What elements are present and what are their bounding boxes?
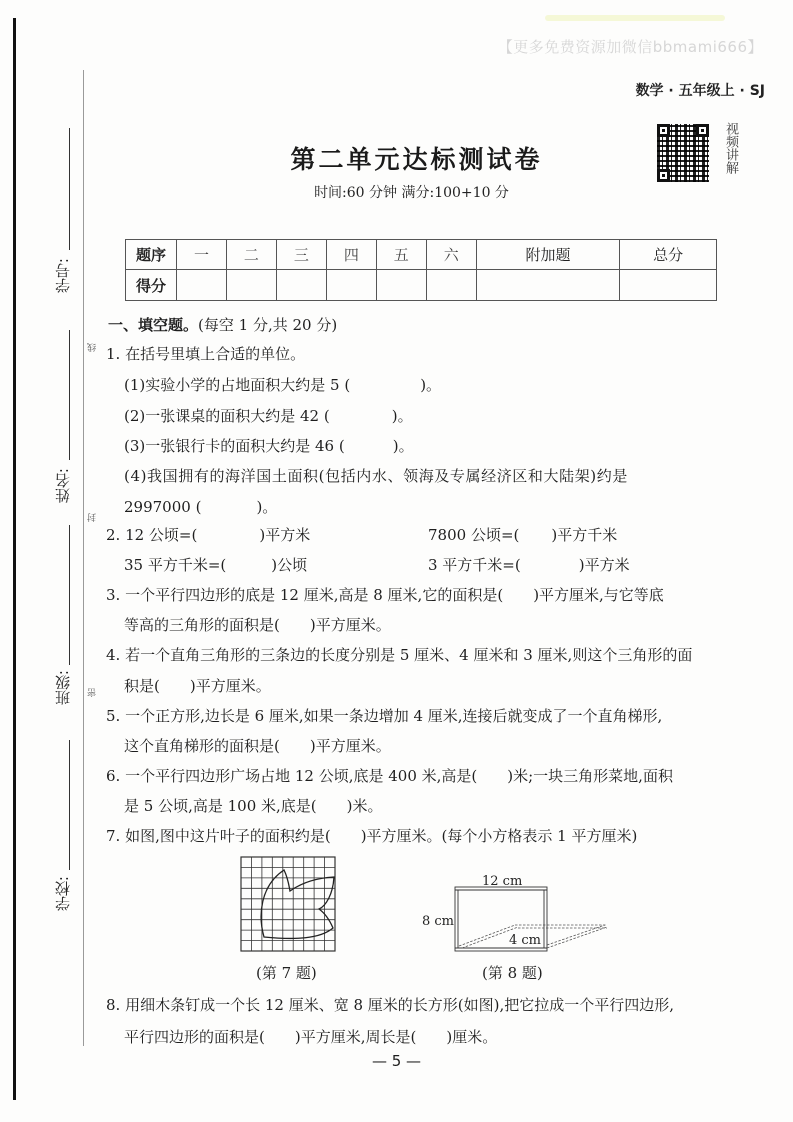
qr-finder-icon <box>657 169 670 182</box>
q5-line2: 这个直角梯形的面积是()平方厘米。 <box>124 736 391 756</box>
exam-info: 时间:60 分钟 满分:100+10 分 <box>0 182 793 202</box>
q8-text2-mid: )平方厘米,周长是( <box>295 1028 416 1046</box>
q6-text-cont: )米;一块三角形菜地,面积 <box>507 767 673 785</box>
page-edge-line <box>13 18 16 1100</box>
name-line[interactable] <box>69 330 70 460</box>
page-number: — 5 — <box>0 1052 793 1070</box>
name-label: 姓名: <box>52 468 73 503</box>
score-table: 题序 一 二 三 四 五 六 附加题 总分 得分 <box>125 239 717 301</box>
q8-line2: 平行四边形的面积是()平方厘米,周长是()厘米。 <box>124 1027 497 1047</box>
q3-text: 3. 一个平行四边形的底是 12 厘米,高是 8 厘米,它的面积是( <box>106 586 503 604</box>
student-id-line[interactable] <box>69 128 70 250</box>
q6-text2-end: )米。 <box>347 797 383 815</box>
fig8-parallelogram-height-label: 4 cm <box>509 933 541 948</box>
score-table-score-row: 得分 <box>126 270 717 301</box>
q5-line1: 5. 一个正方形,边长是 6 厘米,如果一条边增加 4 厘米,连接后就变成了一个… <box>106 706 662 726</box>
qr-label: 视频讲解 <box>722 122 738 174</box>
score-col-header: 五 <box>376 240 426 270</box>
fig8-height-label: 8 cm <box>422 914 454 929</box>
q3-text2-end: )平方厘米。 <box>310 616 391 634</box>
score-cell[interactable] <box>620 270 717 301</box>
fig7-caption: (第 7 题) <box>256 962 317 983</box>
q1-sub3-text: (3)一张银行卡的面积大约是 46 ( <box>124 437 345 455</box>
q2-d: 3 平方千米=()平方米 <box>428 555 630 575</box>
q4-text2: 积是( <box>124 677 160 695</box>
q2-a-text: 2. 12 公顷=( <box>106 526 197 544</box>
q5-text2: 这个直角梯形的面积是( <box>124 737 280 755</box>
q1-sub4-line1: (4)我国拥有的海洋国土面积(包括内水、领海及专属经济区和大陆架)约是 <box>124 466 628 486</box>
school-line[interactable] <box>69 740 70 870</box>
q3-line1: 3. 一个平行四边形的底是 12 厘米,高是 8 厘米,它的面积是()平方厘米,… <box>106 585 664 605</box>
score-row-header: 得分 <box>126 270 177 301</box>
subject-tag: 数学 · 五年级上 · SJ <box>636 80 765 100</box>
q1-sub2-text: (2)一张课桌的面积大约是 42 ( <box>124 407 330 425</box>
score-cell[interactable] <box>276 270 326 301</box>
section-heading: 一、填空题。(每空 1 分,共 20 分) <box>108 314 337 335</box>
q6-line1: 6. 一个平行四边形广场占地 12 公顷,底是 400 米,高是()米;一块三角… <box>106 766 673 786</box>
q6-line2: 是 5 公顷,高是 100 米,底是()米。 <box>124 796 383 816</box>
q3-text-cont: )平方厘米,与它等底 <box>533 586 664 604</box>
q7-line1: 7. 如图,图中这片叶子的面积约是()平方厘米。(每个小方格表示 1 平方厘米) <box>106 826 637 846</box>
seal-mark-mi: 密 <box>86 688 99 697</box>
score-table-header-row: 题序 一 二 三 四 五 六 附加题 总分 <box>126 240 717 270</box>
score-cell[interactable] <box>376 270 426 301</box>
q2-c-text: 35 平方千米=( <box>124 556 226 574</box>
score-col-header-total: 总分 <box>620 240 717 270</box>
section-title: 一、填空题。 <box>108 316 198 334</box>
q1-sub4-line2: 2997000 ()。 <box>124 497 277 517</box>
score-col-header: 二 <box>226 240 276 270</box>
q1-sub2-end: )。 <box>392 407 413 425</box>
q1-sub1-end: )。 <box>420 376 441 394</box>
score-cell[interactable] <box>326 270 376 301</box>
score-cell[interactable] <box>226 270 276 301</box>
seal-mark-xian: 线 <box>86 343 99 352</box>
q2-b-unit: )平方千米 <box>551 526 617 544</box>
q4-line2: 积是()平方厘米。 <box>124 676 271 696</box>
fig8-caption: (第 8 题) <box>482 962 543 983</box>
school-label: 学校: <box>52 876 73 911</box>
watermark: 【更多免费资源加微信bbmami666】 <box>498 36 763 57</box>
class-line[interactable] <box>69 525 70 665</box>
score-col-header: 一 <box>177 240 227 270</box>
qr-finder-icon <box>657 124 670 137</box>
class-label: 班级: <box>52 670 73 705</box>
student-id-label: 学号: <box>52 258 73 293</box>
q1-sub3-end: )。 <box>393 437 414 455</box>
q7-text-cont: )平方厘米。(每个小方格表示 1 平方厘米) <box>361 827 638 845</box>
q1-stem: 1. 在括号里填上合适的单位。 <box>106 344 305 364</box>
question-order-header: 题序 <box>126 240 177 270</box>
q4-text2-end: )平方厘米。 <box>190 677 271 695</box>
q8-text2: 平行四边形的面积是( <box>124 1028 265 1046</box>
score-cell[interactable] <box>426 270 476 301</box>
q2-c-unit: )公顷 <box>271 556 307 574</box>
qr-code-icon[interactable] <box>657 124 709 182</box>
score-cell[interactable] <box>177 270 227 301</box>
q3-text2: 等高的三角形的面积是( <box>124 616 280 634</box>
q1-sub1-text: (1)实验小学的占地面积大约是 5 ( <box>124 376 350 394</box>
q8-line1: 8. 用细木条钉成一个长 12 厘米、宽 8 厘米的长方形(如图),把它拉成一个… <box>106 995 674 1015</box>
qr-finder-icon <box>696 124 709 137</box>
scan-smudge <box>545 15 725 21</box>
fig8-width-label: 12 cm <box>482 874 522 889</box>
q4-line1: 4. 若一个直角三角形的三条边的长度分别是 5 厘米、4 厘米和 3 厘米,则这… <box>106 645 692 665</box>
page-title-text: 第二单元达标测试卷 <box>290 140 542 176</box>
q6-text2: 是 5 公顷,高是 100 米,底是( <box>124 797 317 815</box>
q2-c: 35 平方千米=()公顷 <box>124 555 307 575</box>
score-col-header: 三 <box>276 240 326 270</box>
q2-d-unit: )平方米 <box>579 556 630 574</box>
binding-line <box>83 70 84 1046</box>
q2-a: 2. 12 公顷=()平方米 <box>106 525 310 545</box>
score-col-header: 六 <box>426 240 476 270</box>
q2-d-text: 3 平方千米=( <box>428 556 521 574</box>
q1-sub1: (1)实验小学的占地面积大约是 5 ()。 <box>124 375 441 395</box>
leaf-grid-figure <box>240 856 336 952</box>
q8-text2-end: )厘米。 <box>446 1028 497 1046</box>
score-col-header: 四 <box>326 240 376 270</box>
q7-text: 7. 如图,图中这片叶子的面积约是( <box>106 827 331 845</box>
q1-sub2: (2)一张课桌的面积大约是 42 ()。 <box>124 406 413 426</box>
q6-text: 6. 一个平行四边形广场占地 12 公顷,底是 400 米,高是( <box>106 767 477 785</box>
score-cell[interactable] <box>476 270 620 301</box>
q1-sub4-end: )。 <box>256 498 277 516</box>
q2-b-text: 7800 公顷=( <box>428 526 519 544</box>
q5-text2-end: )平方厘米。 <box>310 737 391 755</box>
q2-a-unit: )平方米 <box>259 526 310 544</box>
q1-sub4-text: 2997000 ( <box>124 498 201 516</box>
seal-mark-feng: 封 <box>86 513 99 522</box>
q3-line2: 等高的三角形的面积是()平方厘米。 <box>124 615 391 635</box>
q2-b: 7800 公顷=()平方千米 <box>428 525 617 545</box>
q1-sub3: (3)一张银行卡的面积大约是 46 ()。 <box>124 436 414 456</box>
section-note: (每空 1 分,共 20 分) <box>198 316 337 334</box>
score-col-header-bonus: 附加题 <box>476 240 620 270</box>
